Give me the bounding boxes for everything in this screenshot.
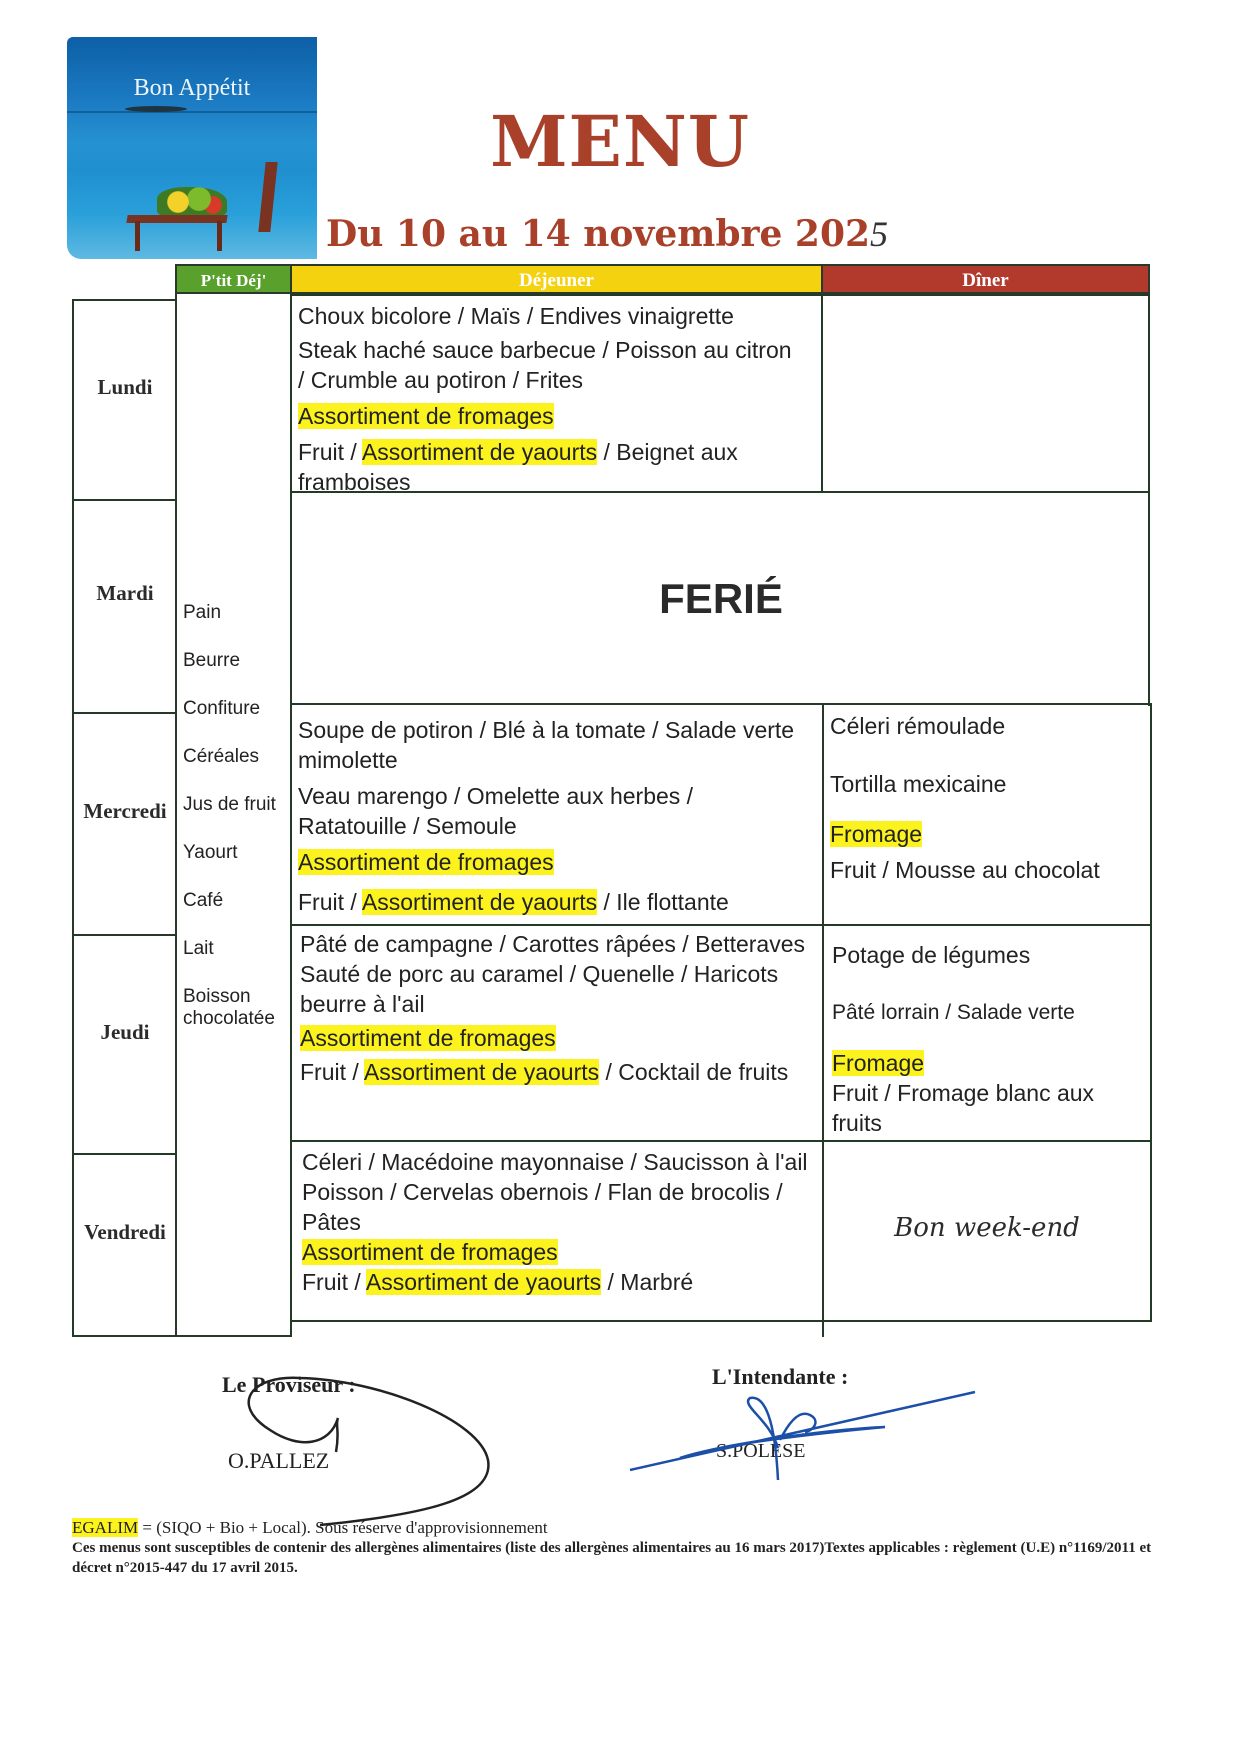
principal-signature-icon [249,1378,489,1525]
signature-scribbles [0,0,1240,1755]
egalim-note: EGALIM = (SIQO + Bio + Local). Sous rése… [72,1518,548,1538]
steward-signature-icon [630,1392,975,1480]
allergen-notice: Ces menus sont susceptibles de contenir … [72,1538,1172,1578]
egalim-label: EGALIM [72,1518,138,1537]
